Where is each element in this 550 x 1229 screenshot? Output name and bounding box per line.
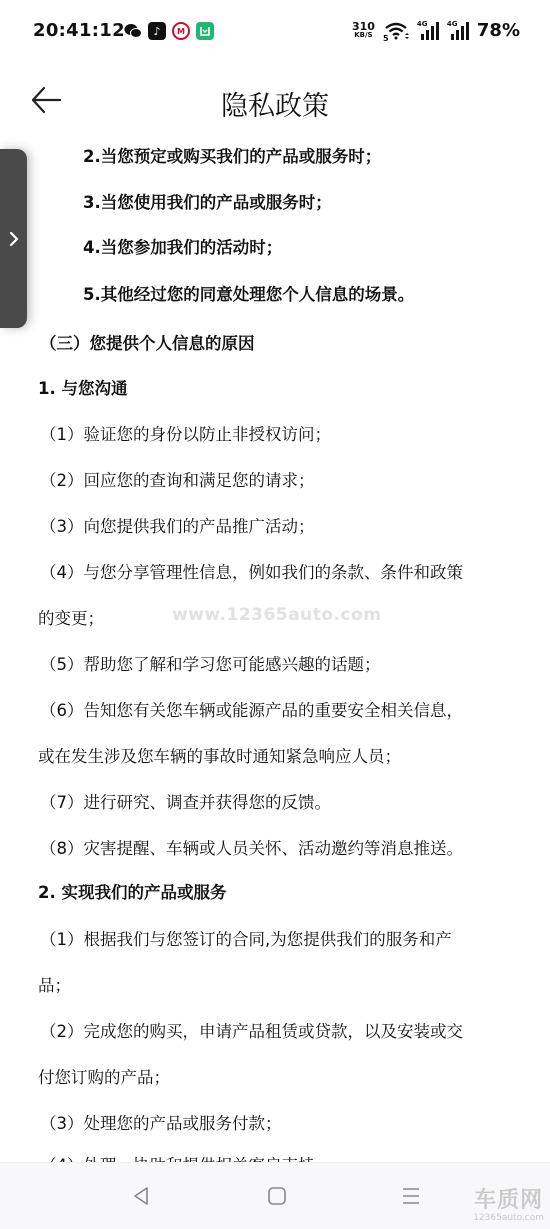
battery-level: 78% bbox=[477, 20, 520, 41]
notification-icons: ♪ M bbox=[124, 22, 214, 40]
scenario-item: 5.其他经过您的同意处理您个人信息的场景。 bbox=[83, 281, 414, 305]
signal-sim1-icon: 4G bbox=[417, 22, 439, 40]
site-watermark: www.12365auto.com bbox=[172, 605, 381, 625]
list-item: （2）回应您的查询和满足您的请求； bbox=[40, 467, 315, 491]
nav-menu-button[interactable] bbox=[396, 1181, 426, 1211]
list-item: （3）处理您的产品或服务付款； bbox=[40, 1110, 282, 1134]
mi-home-icon bbox=[196, 22, 214, 40]
tiktok-icon: ♪ bbox=[148, 22, 166, 40]
section-heading: （三）您提供个人信息的原因 bbox=[40, 330, 255, 354]
subsection-heading: 1. 与您沟通 bbox=[38, 375, 128, 399]
app-header: 隐私政策 bbox=[0, 66, 550, 142]
list-item-continuation: 品； bbox=[38, 972, 71, 996]
hamburger-menu-icon bbox=[400, 1185, 422, 1207]
list-item-continuation: 付您订购的产品； bbox=[38, 1064, 170, 1088]
subsection-heading: 2. 实现我们的产品或服务 bbox=[38, 879, 227, 903]
system-icons: 310 KB/S 5 4G 4G 78% bbox=[352, 20, 520, 41]
square-home-icon bbox=[266, 1185, 288, 1207]
triangle-back-icon bbox=[130, 1185, 152, 1207]
list-item: （7）进行研究、调查并获得您的反馈。 bbox=[40, 789, 331, 813]
wifi-icon: 5 bbox=[383, 21, 409, 41]
network-speed: 310 KB/S bbox=[352, 22, 375, 40]
scenario-item: 3.当您使用我们的产品或服务时； bbox=[83, 189, 332, 213]
page-title: 隐私政策 bbox=[0, 84, 550, 123]
side-drawer-tab[interactable] bbox=[0, 149, 27, 328]
list-item: （1）验证您的身份以防止非授权访问； bbox=[40, 421, 331, 445]
nav-back-button[interactable] bbox=[126, 1181, 156, 1211]
list-item: （4）与您分享管理性信息，例如我们的条款、条件和政策 bbox=[40, 559, 463, 583]
wechat-icon bbox=[124, 22, 142, 40]
system-nav-bar: 车质网 12365auto.com bbox=[0, 1162, 550, 1229]
list-item: （3）向您提供我们的产品推广活动； bbox=[40, 513, 315, 537]
status-time: 20:41:12 bbox=[33, 20, 125, 41]
list-item: （1）根据我们与您签订的合同,为您提供我们的服务和产 bbox=[40, 926, 452, 950]
list-item-partial: （4）处理、协助和提供相关客户支持 bbox=[40, 1152, 315, 1162]
status-bar: 20:41:12 ♪ M 310 KB/S 5 4G bbox=[0, 0, 550, 66]
list-item: （5）帮助您了解和学习您可能感兴趣的话题； bbox=[40, 651, 381, 675]
site-logo-watermark: 车质网 12365auto.com bbox=[473, 1189, 544, 1224]
svg-text:5: 5 bbox=[383, 34, 389, 41]
list-item-continuation: 的变更； bbox=[38, 605, 104, 629]
list-item: （8）灾害提醒、车辆或人员关怀、活动邀约等消息推送。 bbox=[40, 835, 463, 859]
scenario-item: 2.当您预定或购买我们的产品或服务时； bbox=[83, 143, 381, 167]
cmb-bank-icon: M bbox=[172, 22, 190, 40]
chevron-right-icon bbox=[8, 231, 20, 247]
nav-home-button[interactable] bbox=[262, 1181, 292, 1211]
scenario-item: 4.当您参加我们的活动时； bbox=[83, 234, 282, 258]
list-item: （2）完成您的购买，申请产品租赁或贷款，以及安装或交 bbox=[40, 1018, 463, 1042]
signal-sim2-icon: 4G bbox=[447, 22, 469, 40]
list-item: （6）告知您有关您车辆或能源产品的重要安全相关信息， bbox=[40, 697, 463, 721]
list-item-continuation: 或在发生涉及您车辆的事故时通知紧急响应人员； bbox=[38, 743, 401, 767]
